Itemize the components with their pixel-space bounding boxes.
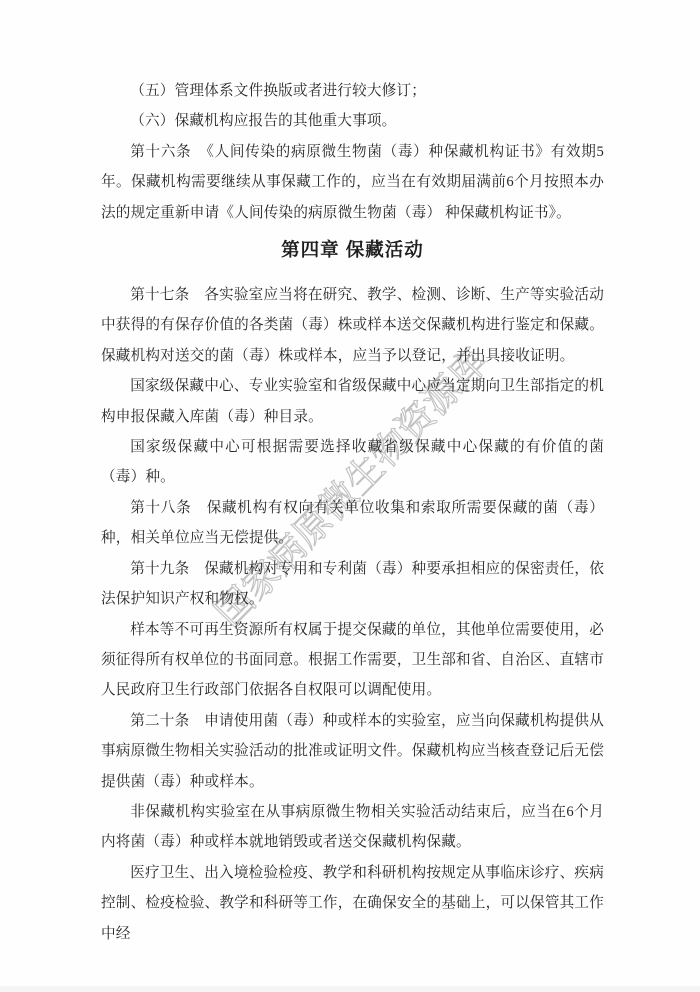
paragraph-article-17: 第十七条 各实验室应当将在研究、教学、检测、诊断、生产等实验活动中获得的有保存价… [101,280,604,371]
page-bottom-edge [0,986,700,992]
paragraph-article-16: 第十六条 《人间传染的病原微生物菌（毒）种保藏机构证书》有效期5年。保藏机构需要… [101,137,604,228]
paragraph-sample-ownership: 样本等不可再生资源所有权属于提交保藏的单位，其他单位需要使用，必须征得所有权单位… [101,615,604,706]
paragraph-non-preservation-labs: 非保藏机构实验室在从事病原微生物相关实验活动结束后，应当在6个月内将菌（毒）种或… [101,797,604,858]
paragraph-article-18: 第十八条 保藏机构有权向有关单位收集和索取所需要保藏的菌（毒）种，相关单位应当无… [101,493,604,554]
document-page: 国家病原微生物资源库 （五）管理体系文件换版或者进行较大修订； （六）保藏机构应… [0,0,700,992]
paragraph-national-centers-catalog: 国家级保藏中心、专业实验室和省级保藏中心应当定期向卫生部指定的机构申报保藏入库菌… [101,371,604,432]
chapter-heading: 第四章 保藏活动 [101,234,604,266]
document-content: （五）管理体系文件换版或者进行较大修订； （六）保藏机构应报告的其他重大事项。 … [101,76,604,949]
paragraph-article-19: 第十九条 保藏机构对专用和专利菌（毒）种要承担相应的保密责任，依法保护知识产权和… [101,554,604,615]
paragraph-medical-institutions: 医疗卫生、出入境检验检疫、教学和科研机构按规定从事临床诊疗、疾病控制、检疫检验、… [101,858,604,949]
paragraph-item-6: （六）保藏机构应报告的其他重大事项。 [101,106,604,136]
paragraph-item-5: （五）管理体系文件换版或者进行较大修订； [101,76,604,106]
paragraph-article-20: 第二十条 申请使用菌（毒）种或样本的实验室，应当向保藏机构提供从事病原微生物相关… [101,706,604,797]
paragraph-national-center-collection: 国家级保藏中心可根据需要选择收藏省级保藏中心保藏的有价值的菌（毒）种。 [101,432,604,493]
